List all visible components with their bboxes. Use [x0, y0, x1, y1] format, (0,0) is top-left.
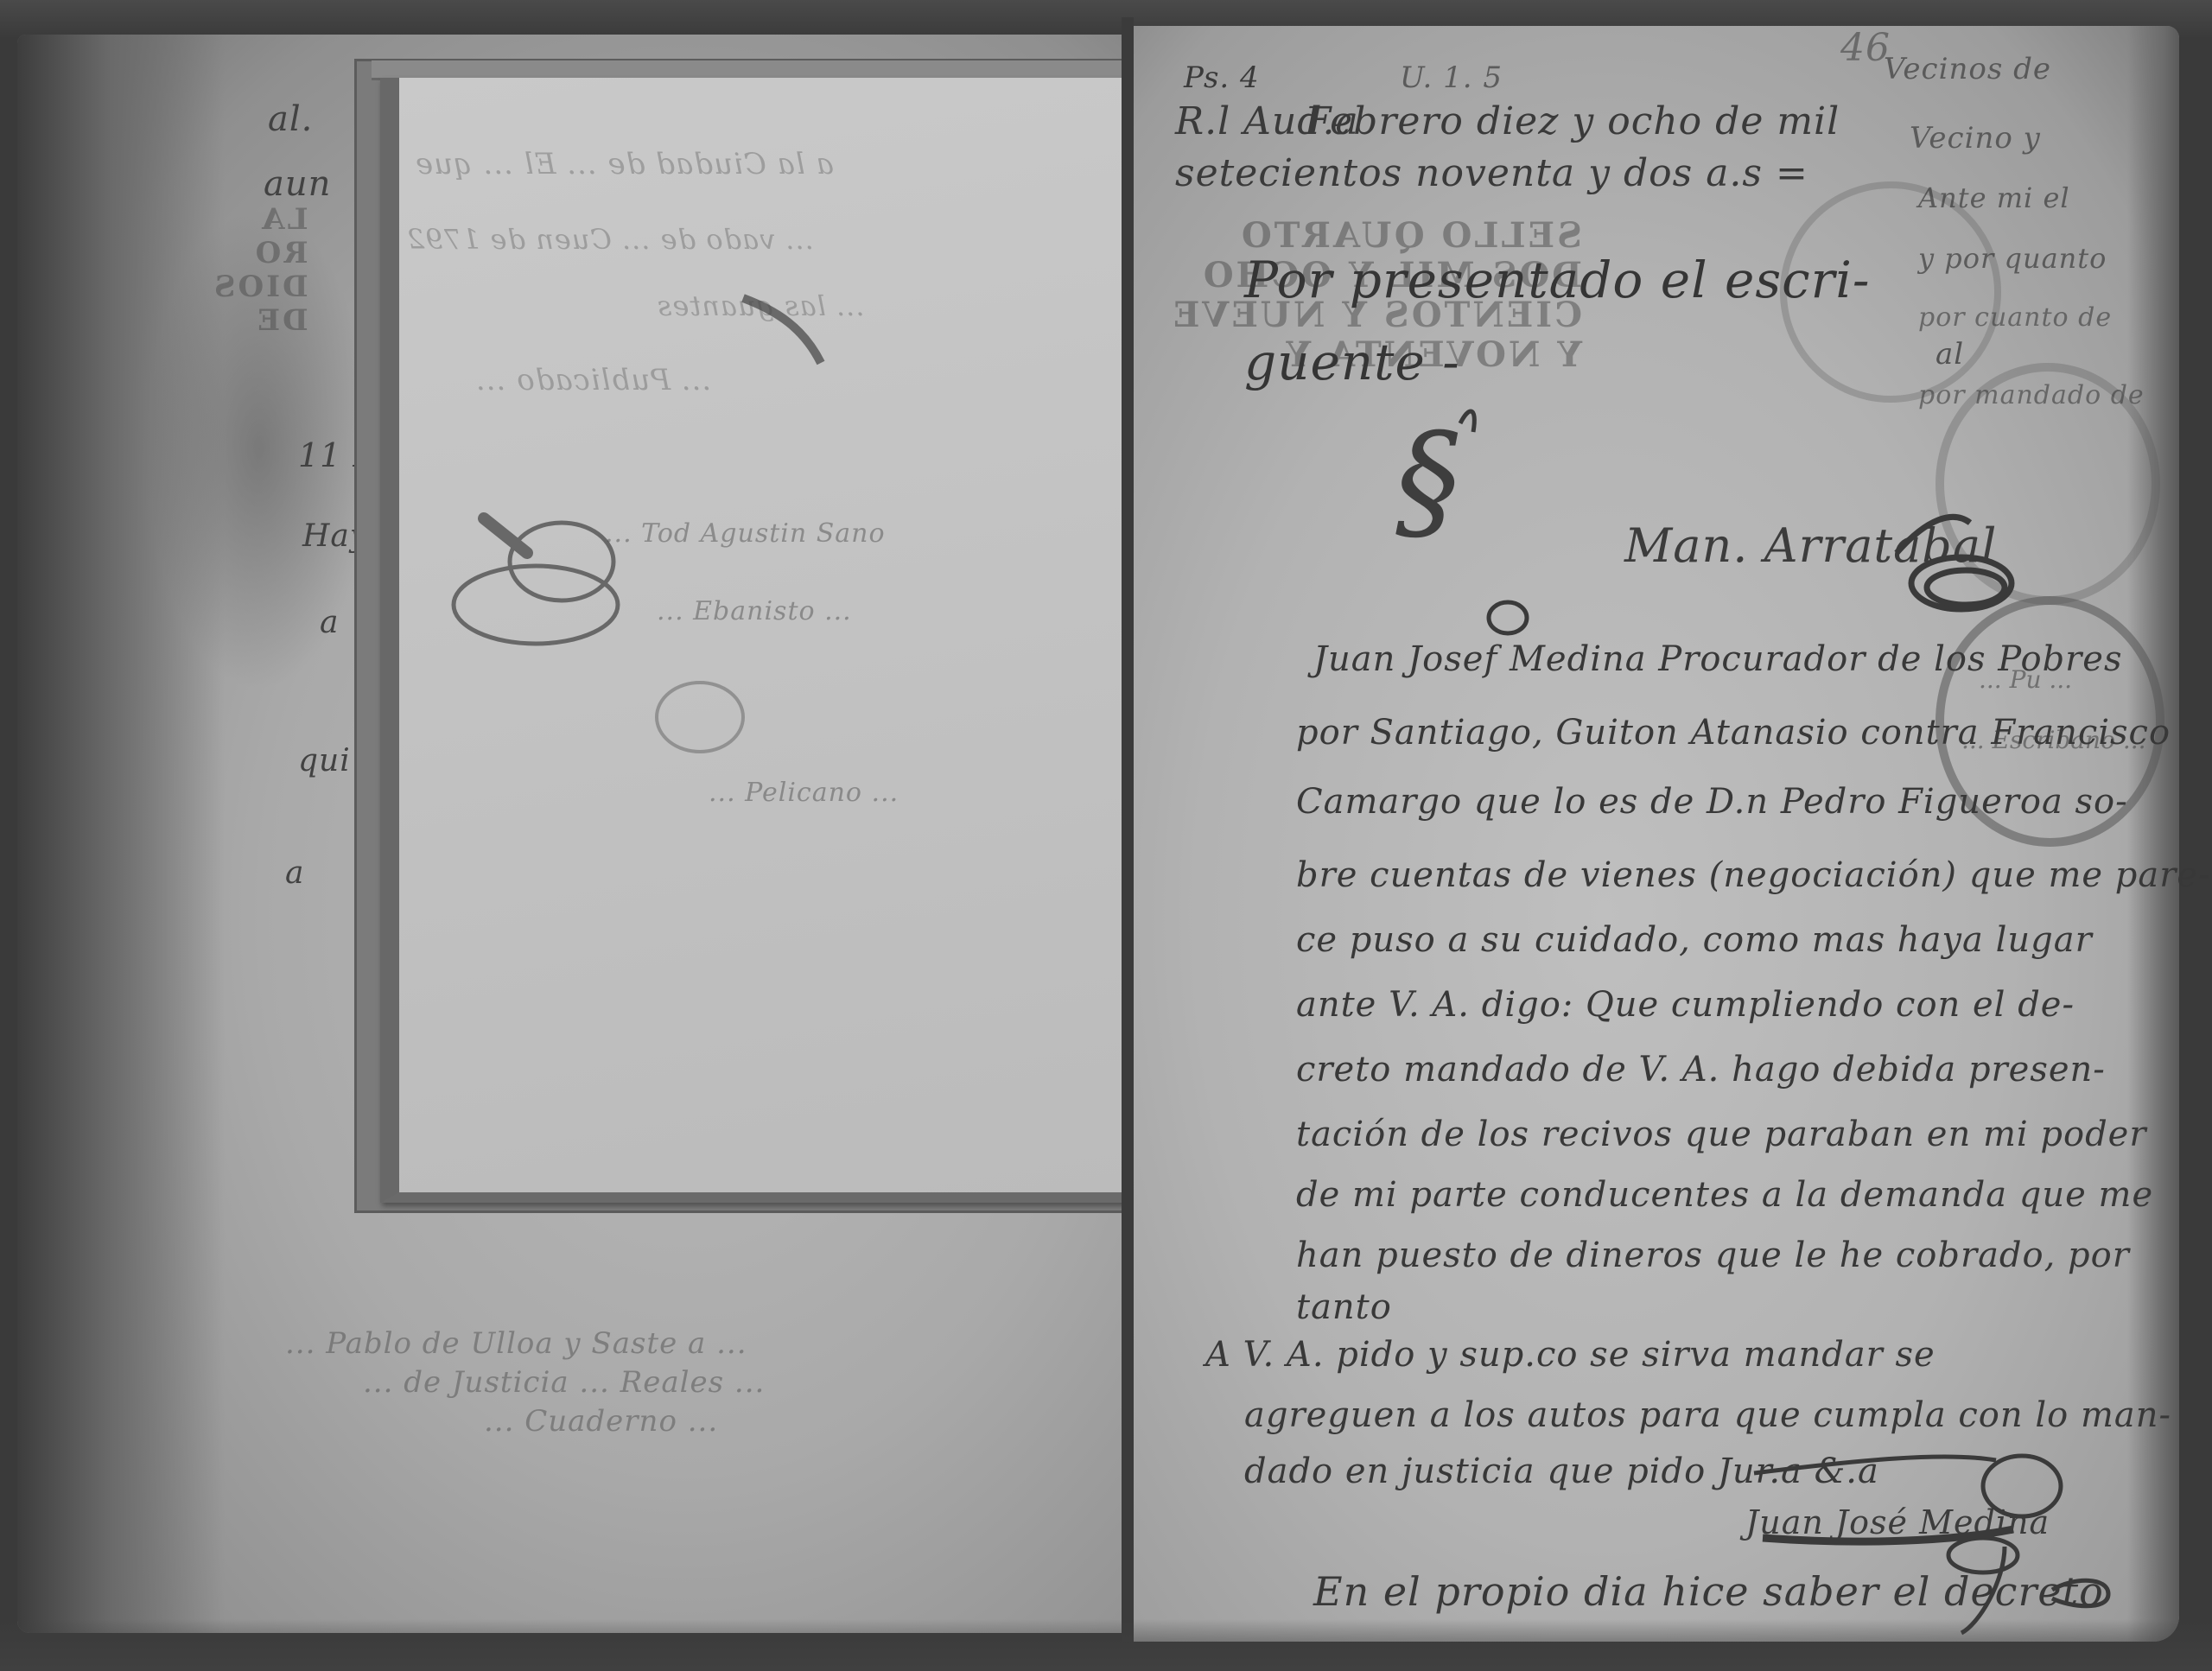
signature-arratabal: Man. Arratabal [1624, 518, 1997, 573]
header-marks: U. 1. 5 [1400, 60, 1503, 95]
body-line: por Santiago, Guiton Atanasio contra Fra… [1296, 713, 2171, 753]
insert-line: a la Ciudad de ... El ... que [415, 147, 834, 181]
document-photo: al. aun 11 Marzo Hay a qui a LA RO DIOS … [0, 0, 2212, 1671]
margin-fragment: aun [264, 164, 331, 204]
margin-fragment: qui [298, 743, 351, 778]
insert-line: ... las guantes [657, 289, 865, 322]
header-date-cont: setecientos noventa y dos a.s = [1175, 151, 1808, 195]
header-fee: Ps. 4 [1184, 60, 1260, 95]
signature-medina: Juan José Medina [1745, 1503, 2050, 1541]
decree-line: Por presentado el escri- [1244, 251, 1871, 309]
faint-line: ... de Justicia ... Reales ... [363, 1365, 765, 1400]
margin-fragment: por mandado de [1918, 380, 2145, 410]
rubric-mark: § [1395, 406, 1461, 556]
body-line: creto mandado de V. A. hago debida prese… [1296, 1050, 2106, 1090]
book-gutter [1122, 17, 1134, 1642]
body-line: ce puso a su cuidado, como mas haya luga… [1296, 920, 2093, 960]
insert-line: ... Publicado ... [475, 363, 711, 397]
body-line: tanto [1296, 1287, 1392, 1327]
body-line: bre cuentas de vienes (negociación) que … [1296, 855, 2211, 895]
insert-line: ... vado de ... Cuen de 1792 [406, 223, 814, 256]
body-line: han puesto de dineros que le he cobrado,… [1296, 1236, 2130, 1275]
decree-line: guente - [1244, 333, 1460, 391]
margin-fragment: y por quanto [1918, 242, 2107, 275]
insert-faint-line: ... Ebanisto ... [657, 596, 852, 626]
closing-line: agreguen a los autos para que cumpla con… [1244, 1395, 2171, 1435]
closing-line: A V. A. pido y sup.co se sirva mandar se [1205, 1335, 1935, 1375]
margin-fragment: Vecino y [1910, 121, 2041, 156]
margin-fragment: al [1935, 337, 1964, 372]
body-line: de mi parte conducentes a la demanda que… [1296, 1175, 2153, 1215]
margin-fragment: a [320, 605, 339, 640]
faint-line: ... Cuaderno ... [484, 1404, 718, 1439]
faint-line: ... Pablo de Ulloa y Saste a ... [285, 1326, 747, 1361]
closing-line: dado en justicia que pido Jur.a &.a [1244, 1452, 1879, 1491]
bleed-line: RO [212, 237, 308, 270]
margin-fragment: Vecinos de [1884, 52, 2051, 86]
bottom-shadow [0, 1619, 2212, 1671]
final-line: En el propio dia hice saber el decreto [1313, 1568, 2104, 1615]
margin-fragment: a [285, 855, 304, 891]
bleed-line: DIOS [212, 270, 308, 304]
body-line: Camargo que lo es de D.n Pedro Figueroa … [1296, 782, 2128, 822]
margin-fragment: por cuanto de [1918, 302, 2112, 333]
printed-bleed-through: LA RO DIOS DE [212, 203, 308, 338]
bleed-line: LA [212, 203, 308, 237]
body-line: tación de los recivos que paraban en mi … [1296, 1115, 2146, 1154]
insert-faint-line: ... Pelicano ... [709, 778, 899, 808]
body-line: ante V. A. digo: Que cumpliendo con el d… [1296, 985, 2075, 1025]
body-line: Juan Josef Medina Procurador de los Pobr… [1313, 639, 2123, 679]
margin-fragment: Ante mi el [1918, 181, 2070, 214]
insert-faint-line: ... Tod Agustin Sano [605, 518, 886, 549]
margin-fragment: al. [268, 99, 313, 139]
bleed-line: DE [212, 304, 308, 338]
header-date: Febrero diez y ocho de mil [1305, 99, 1840, 143]
